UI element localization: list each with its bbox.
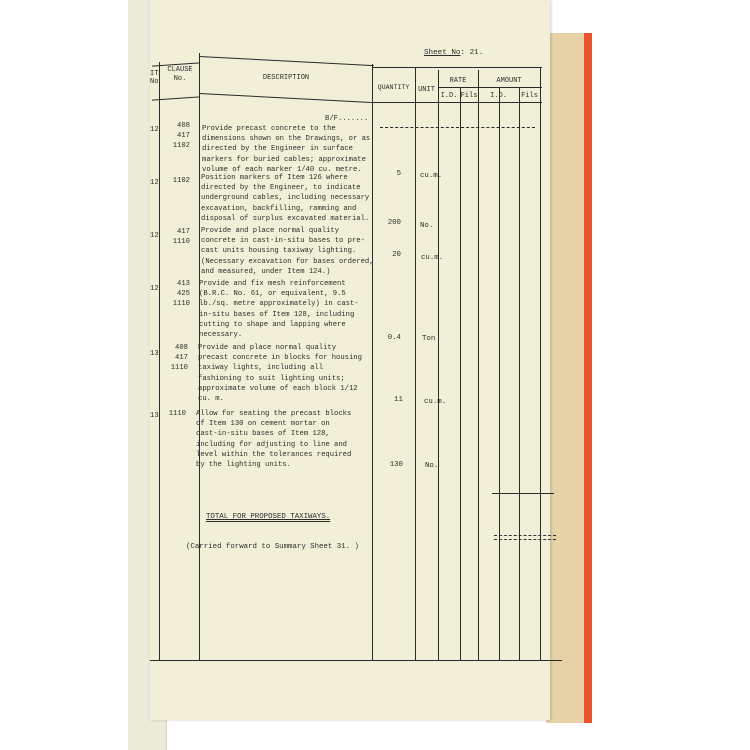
item-description: Provide precast concrete to thedimension… (202, 124, 380, 175)
item-quantity: 20 (373, 251, 401, 259)
header-description: DESCRIPTION (200, 74, 372, 82)
desc-line: (B.R.C. No. 61, or equivalent, 9.5 (199, 289, 377, 299)
clause: 425 (160, 289, 190, 299)
col-divider-rate-id (460, 87, 461, 660)
clause: 1110 (160, 237, 190, 247)
item-unit: cu.m. (424, 398, 446, 406)
brought-forward-line (380, 127, 535, 128)
clause: 1110 (158, 363, 188, 373)
item-number: 126. (150, 126, 159, 134)
clause-numbers: 4084171102 (160, 121, 190, 151)
clause: 417 (158, 353, 188, 363)
table-bottom-border (150, 660, 562, 661)
item-description: Provide and place normal qualityconcrete… (201, 226, 379, 277)
item-description: Provide and fix mesh reinforcement(B.R.C… (199, 279, 377, 340)
desc-line: Provide and fix mesh reinforcement (199, 279, 377, 289)
header-quantity: QUANTITY (372, 84, 415, 91)
clause: 408 (160, 121, 190, 131)
desc-line: cu. m. (198, 394, 376, 404)
header-rate-id: I.D. (438, 92, 460, 100)
desc-line: Provide and place normal quality (201, 226, 379, 236)
desc-line: taxiway lights, including all (198, 363, 376, 373)
item-unit: Ton (422, 335, 435, 343)
desc-line: lb./sq. metre approximately) in cast- (199, 299, 377, 309)
desc-line: of Item 130 on cement mortar on (196, 419, 374, 429)
header-unit: UNIT (415, 86, 438, 94)
item-unit: cu.m. (421, 254, 443, 262)
desc-line: fashioning to suit lighting units; (198, 374, 376, 384)
desc-line: Allow for seating the precast blocks (196, 409, 374, 419)
clause: 408 (158, 343, 188, 353)
col-divider-rate (478, 70, 479, 660)
desc-line: cutting to shape and lapping where (199, 320, 377, 330)
desc-line: necessary. (199, 330, 377, 340)
item-unit: cu.m. (420, 172, 442, 180)
carried-forward-note: (Carried forward to Summary Sheet 31. ) (186, 543, 359, 551)
clause-numbers: 4134251110 (160, 279, 190, 309)
rate-amount-sub-border (438, 87, 542, 88)
clause: 417 (160, 227, 190, 237)
header-clause: CLAUSE No. (162, 66, 198, 84)
desc-line: precast concrete in blocks for housing (198, 353, 376, 363)
desc-line: disposal of surplus excavated material. (201, 214, 379, 224)
clause-numbers: 4171110 (160, 227, 190, 247)
desc-line: cast-in-situ bases of Item 128, (196, 429, 374, 439)
item-description: Position markers of Item 126 wheredirect… (201, 173, 379, 224)
desc-line: by the lighting units. (196, 460, 374, 470)
clause: 1110 (156, 409, 186, 419)
item-unit: No. (420, 222, 433, 230)
header-amount-fils: Fils (519, 92, 540, 100)
desc-line: markers for buried cables; approximate (202, 155, 380, 165)
desc-line: dimensions shown on the Drawings, or as (202, 134, 380, 144)
total-label: TOTAL FOR PROPOSED TAXIWAYS. (206, 513, 330, 521)
desc-line: concrete in cast-in-situ bases to pre- (201, 236, 379, 246)
clause: 1102 (160, 141, 190, 151)
table-top-border (372, 67, 542, 68)
item-number: 129. (150, 285, 159, 293)
col-divider-unit (438, 70, 439, 660)
item-number: 127. (150, 179, 159, 187)
desc-line: excavation, backfilling, ramming and (201, 204, 379, 214)
header-rate-fils: Fils (460, 92, 478, 100)
item-number: 128. (150, 232, 159, 240)
item-description: Provide and place normal qualityprecast … (198, 343, 376, 404)
desc-line: and measured, under Item 124.) (201, 267, 379, 277)
header-amount-id: I.D. (478, 92, 519, 100)
col-divider-right (540, 67, 541, 660)
col-divider-amount-fils (519, 87, 520, 660)
clause-numbers: 1102 (160, 176, 190, 186)
desc-line: (Necessary excavation for bases ordered, (201, 257, 379, 267)
clause-numbers: 4084171110 (158, 343, 188, 373)
desc-line: in-situ bases of Item 128, including (199, 310, 377, 320)
desc-line: Provide precast concrete to the (202, 124, 380, 134)
clause: 413 (160, 279, 190, 289)
item-quantity: 130 (375, 461, 403, 469)
desc-line: directed by the Engineer, to indicate (201, 183, 379, 193)
desc-line: directed by the Engineer in surface (202, 144, 380, 154)
header-amount: AMOUNT (478, 77, 540, 85)
book-cover-edge (584, 33, 592, 723)
item-quantity: 0.4 (373, 334, 401, 342)
col-divider-quantity (415, 67, 416, 660)
item-quantity: 11 (375, 396, 403, 404)
header-item: ITEM No. (150, 70, 160, 86)
header-bottom-border (372, 102, 542, 103)
desc-line: Position markers of Item 126 where (201, 173, 379, 183)
amount-subtotal-rule (492, 493, 554, 494)
desc-line: cast units housing taxiway lighting. (201, 246, 379, 256)
clause: 417 (160, 131, 190, 141)
desc-line: including for adjusting to line and (196, 440, 374, 450)
desc-line: level within the tolerances required (196, 450, 374, 460)
desc-line: underground cables, including necessary (201, 193, 379, 203)
header-rate: RATE (438, 77, 478, 85)
clause: 1102 (160, 176, 190, 186)
desc-line: approximate volume of each block 1/12 (198, 384, 376, 394)
amount-total-double-rule (494, 535, 556, 540)
sheet-label: Sheet No (424, 49, 460, 57)
sheet-number-value: : 21. (460, 49, 483, 57)
clause-numbers: 1110 (156, 409, 186, 419)
sheet-number: Sheet No: 21. (424, 49, 483, 57)
clause: 1110 (160, 299, 190, 309)
desc-line: Provide and place normal quality (198, 343, 376, 353)
item-description: Allow for seating the precast blocksof I… (196, 409, 374, 470)
item-unit: No. (425, 462, 438, 470)
col-divider-amount-id (499, 87, 500, 660)
